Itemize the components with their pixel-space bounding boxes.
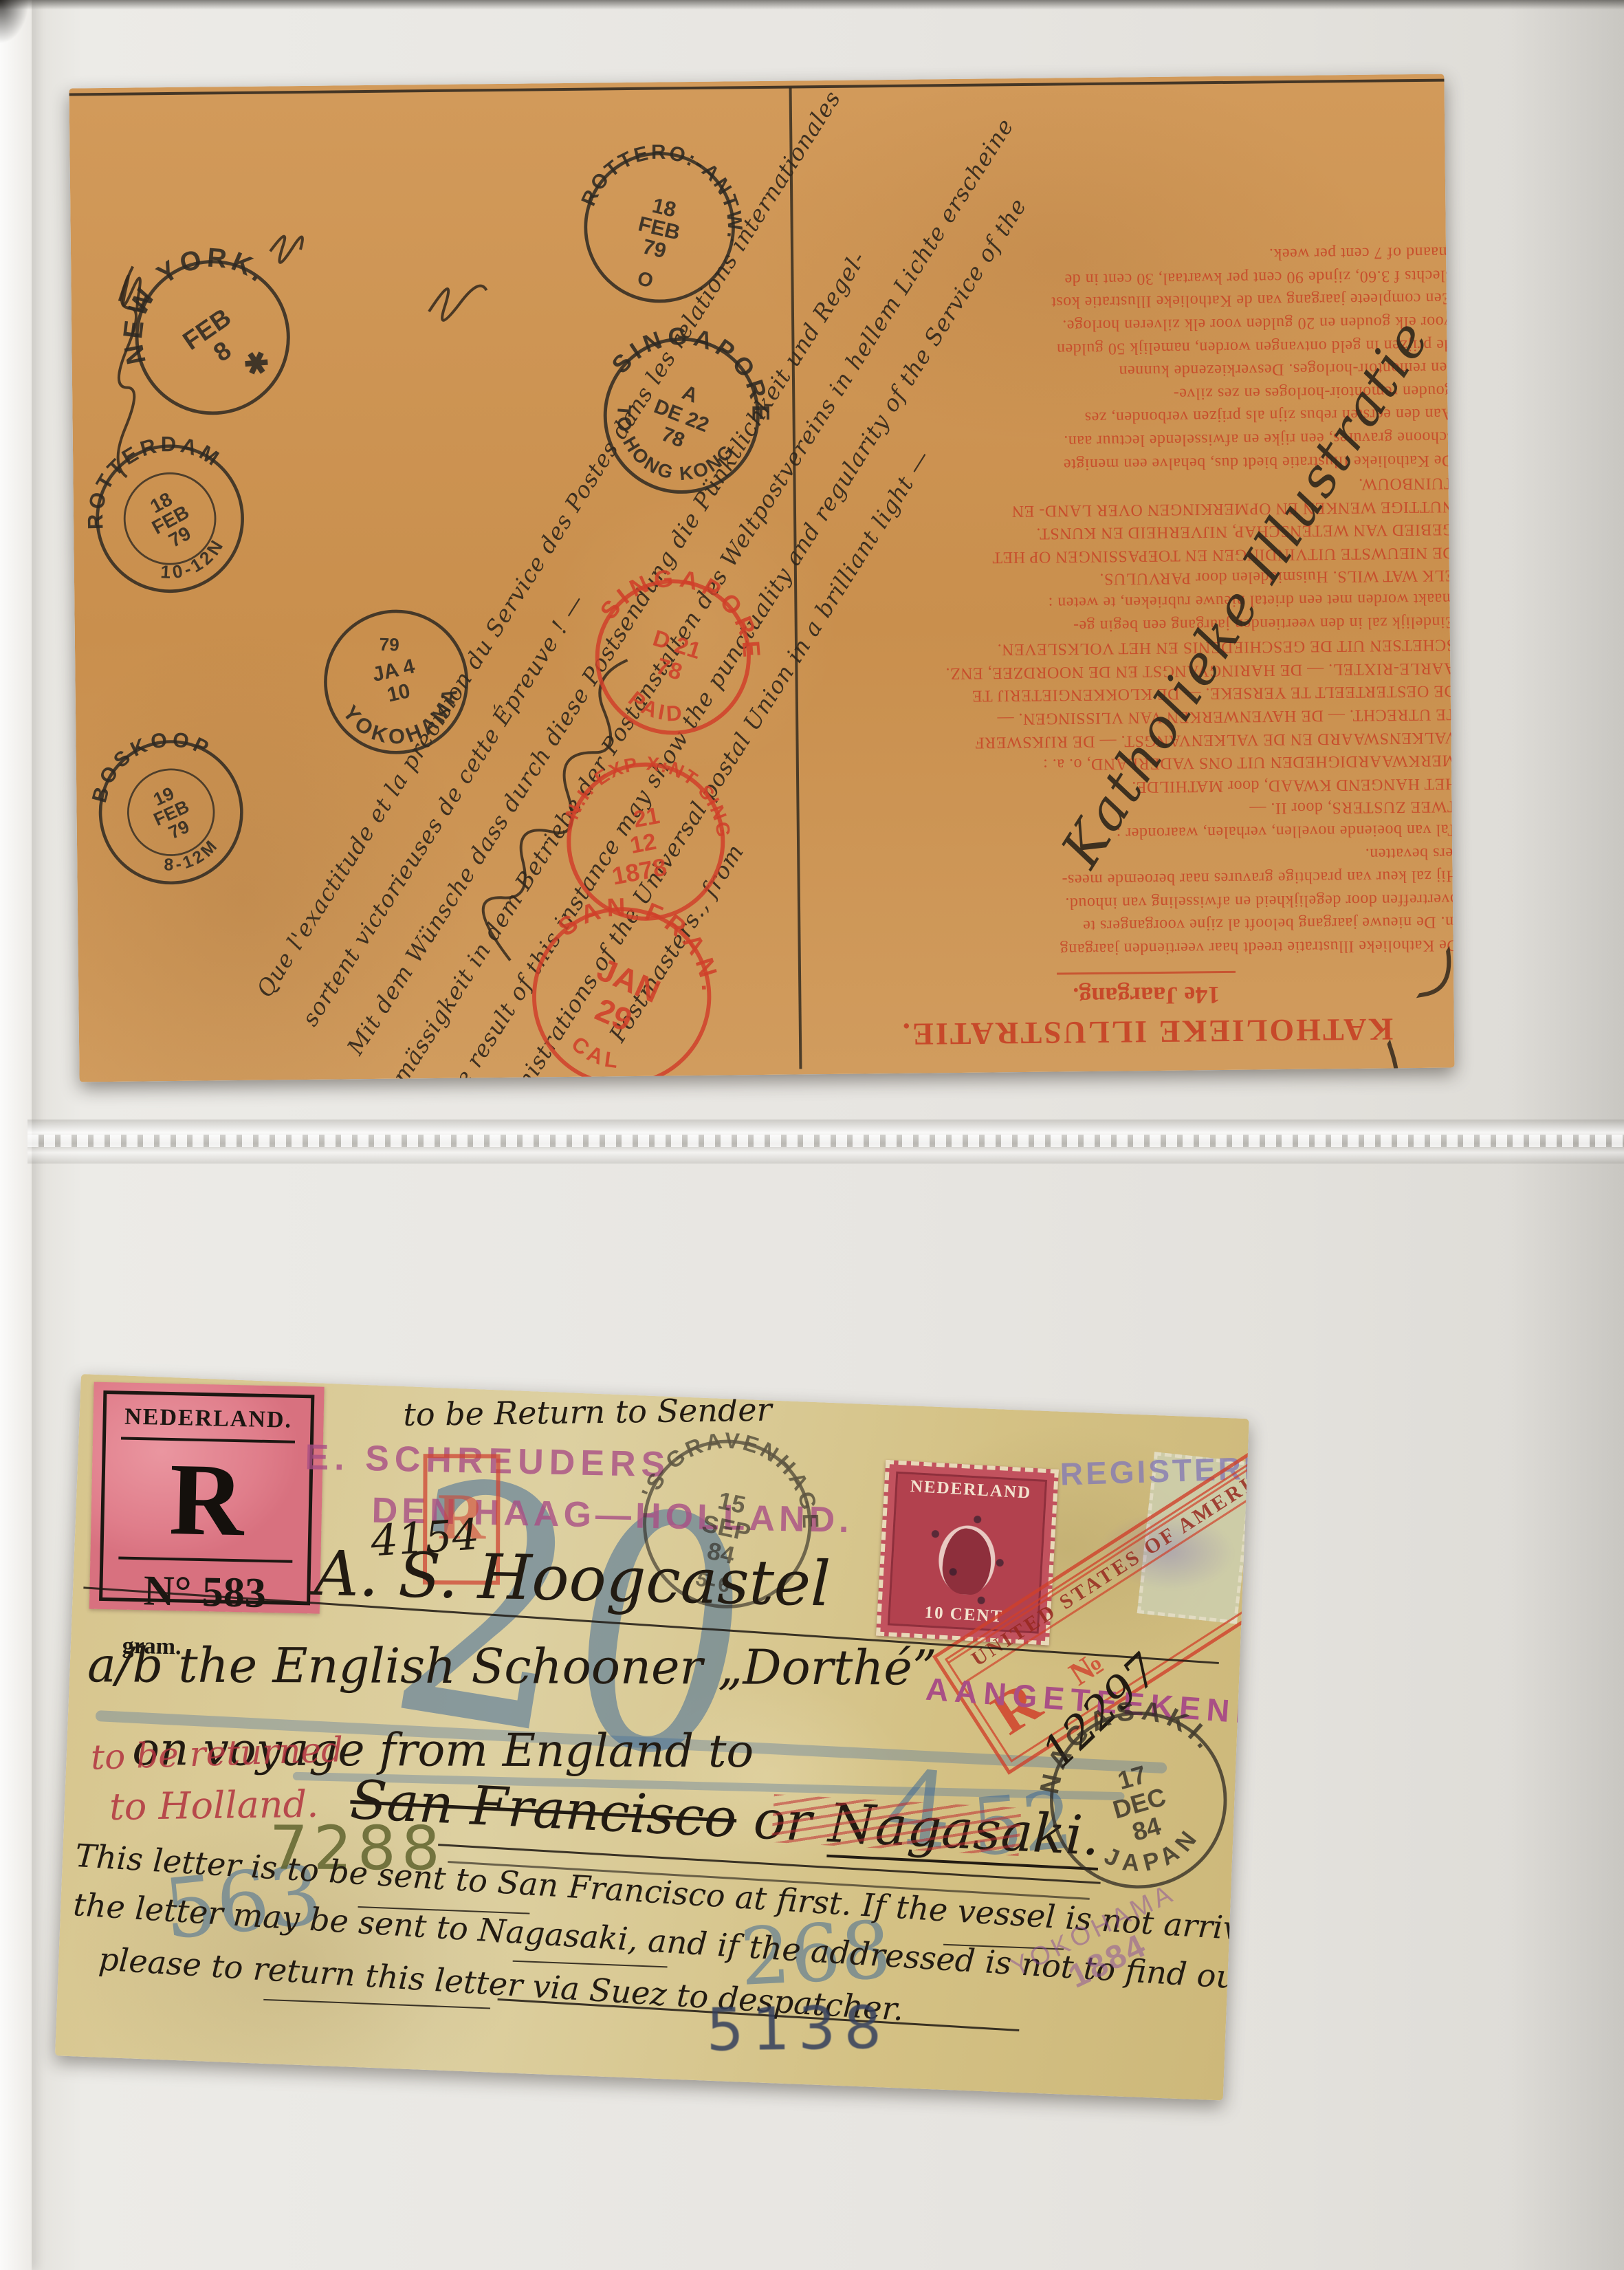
postmark-date: 79 <box>640 234 668 263</box>
address-line-2: a/b the English Schooner „Dorthé” <box>87 1637 937 1696</box>
svg-text:BOSKOOP: BOSKOOP <box>73 707 221 812</box>
underline-nagasaki <box>513 1961 668 1968</box>
svg-text:PAID: PAID <box>622 684 692 733</box>
postmark-date: JA 4 <box>371 655 417 686</box>
postmark-date: 10 <box>385 679 413 706</box>
return-note: to be Return to Sender <box>403 1391 772 1433</box>
postmark-date: 21 <box>631 803 661 833</box>
card-printed-rule <box>69 79 1445 96</box>
postal-card-1879-round-the-world: Que l'exactitude et la précision du Serv… <box>69 74 1454 1082</box>
postmark-bottom-text: PAID <box>622 684 692 733</box>
postmark-bottom-text: 8-12M <box>157 832 226 882</box>
registration-label-nederland: NEDERLAND. R N° 583 gram. <box>89 1382 325 1614</box>
red-note-line1: to be returned <box>90 1729 344 1778</box>
label-rule <box>118 1556 292 1562</box>
ad-rule <box>1057 971 1236 975</box>
svg-text:8-12M: 8-12M <box>157 832 226 882</box>
postmark-boskoop: BOSKOOP 8-12M 19 FEB 79 <box>71 712 272 915</box>
label-number: N° 583 <box>102 1566 307 1619</box>
postmark-year: 79 <box>379 634 399 655</box>
underline-despatcher <box>263 1999 490 2009</box>
postmark-yokohama: YOKOHAMA 79 JA 4 10 <box>304 590 488 776</box>
registered-cover-1884-schooner-dorthe: 20 563 268 4 52 NEDERLAND. R N° 583 gram… <box>55 1374 1249 2101</box>
sleeve-seam <box>28 1120 1624 1164</box>
label-frame: NEDERLAND. R N° 583 gram. <box>99 1390 314 1605</box>
sleeve-top-edge <box>0 0 1624 10</box>
corner-shadow <box>0 0 48 76</box>
postmark-bottom-text: O <box>635 268 659 293</box>
number-5138: 5138 <box>706 1994 890 2065</box>
ad-body: De Katholieke Illustratie treedt haar ve… <box>826 240 1455 963</box>
label-R: R <box>104 1446 310 1553</box>
svg-text:O: O <box>635 268 659 293</box>
postmark-ring-text: BOSKOOP <box>73 707 221 812</box>
ad-heading: KATHOLIEKE ILLUSTRATIE. <box>834 1009 1455 1054</box>
label-country: NEDERLAND. <box>106 1404 311 1434</box>
red-advertisement-upside-down: KATHOLIEKE ILLUSTRATIE. 14e Jaargang. De… <box>806 93 1455 1062</box>
postmark-date: 1878 <box>610 853 669 891</box>
seam-stitches <box>28 1135 1624 1147</box>
postmark-star: ✱ <box>237 343 276 384</box>
album-page: Que l'exactitude et la précision du Serv… <box>0 0 1624 2270</box>
postmark-date: 8 <box>208 336 237 367</box>
